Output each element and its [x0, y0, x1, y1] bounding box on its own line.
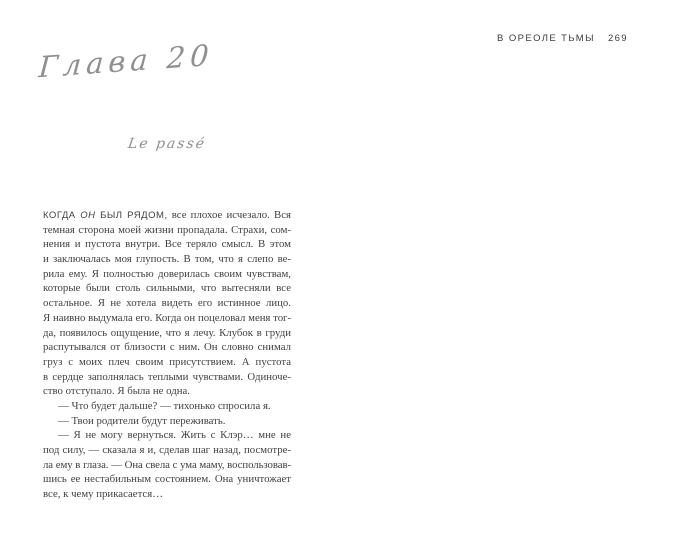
text-line: темная сторона моей жизни пропадала. Стр… — [43, 223, 291, 238]
lead-in-caps: ОН — [80, 210, 95, 221]
lead-in-caps: БЫЛ РЯДОМ, — [96, 210, 168, 221]
book-spread: Глава 20 Le passé КОГДА ОН БЫЛ РЯДОМ, вс… — [0, 0, 674, 539]
running-header: В ОРЕОЛЕ ТЬМЫ 269 — [497, 33, 628, 44]
text-line: ла ему в глаза. — Она свела с ума маму, … — [43, 458, 291, 473]
page-number: 269 — [608, 33, 628, 44]
text-line: которые были столь сильными, что вытесня… — [43, 281, 291, 296]
text-line: остальное. Я не хотела видеть его истинн… — [43, 296, 291, 311]
text-line: — Я не могу вернуться. Жить с Клэр… мне … — [43, 428, 291, 443]
left-page: Глава 20 Le passé КОГДА ОН БЫЛ РЯДОМ, вс… — [0, 0, 337, 539]
lead-in-caps: КОГДА — [43, 210, 80, 221]
text-line: распутывался от близости с ним. Он словн… — [43, 340, 291, 355]
text-line: — Твои родители будут переживать. — [43, 414, 291, 429]
text-line: груз с моих плеч своим присутствием. А п… — [43, 355, 291, 370]
text-line: да, появилось ощущение, что я лечу. Клуб… — [43, 326, 291, 341]
text-line: рила ему. Я полностью доверилась своим ч… — [43, 267, 291, 282]
text-line: — Что будет дальше? — тихонько спросила … — [43, 399, 291, 414]
text-line: шись ее нестабильным состоянием. Она уни… — [43, 472, 291, 487]
left-page-text: КОГДА ОН БЫЛ РЯДОМ, все плохое исчезало.… — [43, 208, 291, 502]
text-line: и заключалась моя глупость. В том, что я… — [43, 252, 291, 267]
text-line: все, к чему прикасается… — [43, 487, 291, 502]
text-line: под силу, — сказала я и, сделав шаг наза… — [43, 443, 291, 458]
text-line: в сердце заполнялась теплыми чувствами. … — [43, 370, 291, 385]
text-line: КОГДА ОН БЫЛ РЯДОМ, все плохое исчезало.… — [43, 208, 291, 223]
text-line: нения и пустота внутри. Все теряло смысл… — [43, 237, 291, 252]
running-header-title: В ОРЕОЛЕ ТЬМЫ — [497, 33, 595, 44]
section-subtitle: Le passé — [42, 136, 292, 152]
chapter-heading: Глава 20 — [38, 38, 215, 84]
text-line: ство отступало. Я была не одна. — [43, 384, 291, 399]
right-page: В ОРЕОЛЕ ТЬМЫ 269 — Я знаю… Но, Ниса, не… — [337, 0, 674, 539]
text-line: Я наивно выдумала его. Когда он поцелова… — [43, 311, 291, 326]
